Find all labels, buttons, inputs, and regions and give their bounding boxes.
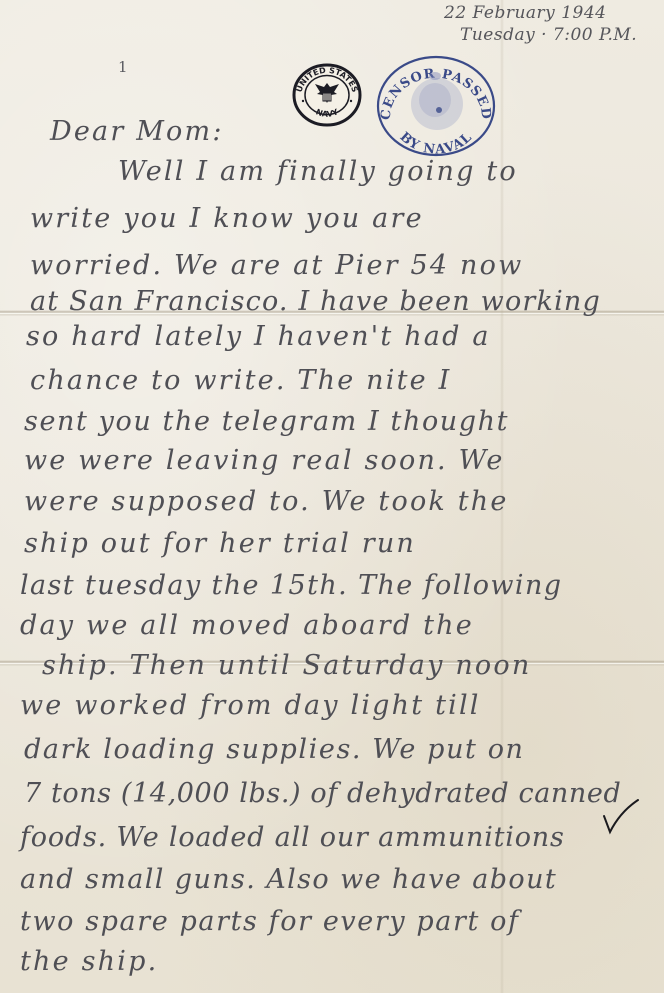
letter-line: we worked from day light till — [20, 690, 481, 721]
letter-line: 7 tons (14,000 lbs.) of dehydrated canne… — [24, 778, 621, 809]
letter-line: sent you the telegram I thought — [24, 406, 509, 437]
letter-line: chance to write. The nite I — [30, 365, 451, 396]
letter-body: Dear Mom: Well I am finally going to wri… — [0, 0, 664, 993]
letter-line: write you I know you are — [30, 203, 424, 234]
letter-line: two spare parts for every part of — [20, 906, 520, 937]
letter-line: worried. We are at Pier 54 now — [30, 250, 523, 281]
letter-line: at San Francisco. I have been working — [30, 286, 601, 317]
letter-line: and small guns. Also we have about — [20, 864, 557, 895]
checkmark-icon — [600, 798, 640, 838]
letter-line: ship out for her trial run — [24, 528, 416, 559]
letter-line: ship. Then until Saturday noon — [42, 650, 531, 681]
letter-line: Well I am finally going to — [118, 156, 518, 187]
letter-line: so hard lately I haven't had a — [26, 321, 491, 352]
letter-line: the ship. — [20, 946, 158, 977]
letter-line: dark loading supplies. We put on — [24, 734, 525, 765]
letter-line: day we all moved aboard the — [20, 610, 474, 641]
letter-line: were supposed to. We took the — [24, 486, 509, 517]
letter-line: we were leaving real soon. We — [24, 445, 505, 476]
salutation: Dear Mom: — [50, 116, 224, 147]
letter-line: foods. We loaded all our ammunitions — [20, 822, 565, 853]
letter-line: last tuesday the 15th. The following — [20, 570, 562, 601]
letter-page: 22 February 1944 Tuesday · 7:00 P.M. 1 U… — [0, 0, 664, 993]
